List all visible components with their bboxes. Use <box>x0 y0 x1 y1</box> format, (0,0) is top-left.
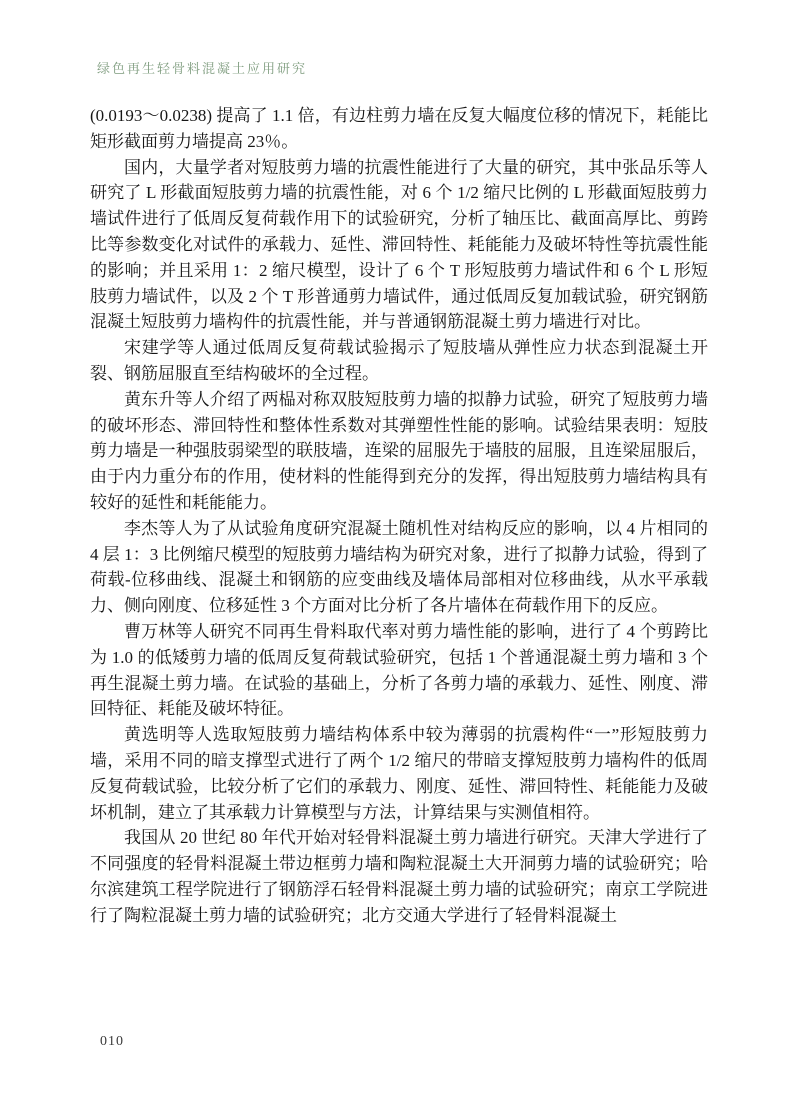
paragraph: 宋建学等人通过低周反复荷载试验揭示了短肢墙从弹性应力状态到混凝土开裂、钢筋屈服直… <box>90 335 708 387</box>
paragraph: 我国从 20 世纪 80 年代开始对轻骨料混凝土剪力墙进行研究。天津大学进行了不… <box>90 825 708 928</box>
paragraph: 黄东升等人介绍了两榀对称双肢短肢剪力墙的拟静力试验，研究了短肢剪力墙的破坏形态、… <box>90 387 708 516</box>
running-header-title: 绿色再生轻骨料混凝土应用研究 <box>97 58 307 77</box>
paragraph: 曹万林等人研究不同再生骨料取代率对剪力墙性能的影响，进行了 4 个剪跨比为 1.… <box>90 619 708 722</box>
document-page: 绿色再生轻骨料混凝土应用研究 (0.0193～0.0238) 提高了 1.1 倍… <box>0 0 800 1118</box>
paragraph: (0.0193～0.0238) 提高了 1.1 倍，有边柱剪力墙在反复大幅度位移… <box>90 103 708 155</box>
body-text: (0.0193～0.0238) 提高了 1.1 倍，有边柱剪力墙在反复大幅度位移… <box>90 103 708 929</box>
paragraph: 国内，大量学者对短肢剪力墙的抗震性能进行了大量的研究，其中张品乐等人研究了 L … <box>90 155 708 336</box>
paragraph: 李杰等人为了从试验角度研究混凝土随机性对结构反应的影响，以 4 片相同的 4 层… <box>90 516 708 619</box>
paragraph: 黄选明等人选取短肢剪力墙结构体系中较为薄弱的抗震构件“一”形短肢剪力墙，采用不同… <box>90 722 708 825</box>
page-number: 010 <box>100 1034 124 1050</box>
